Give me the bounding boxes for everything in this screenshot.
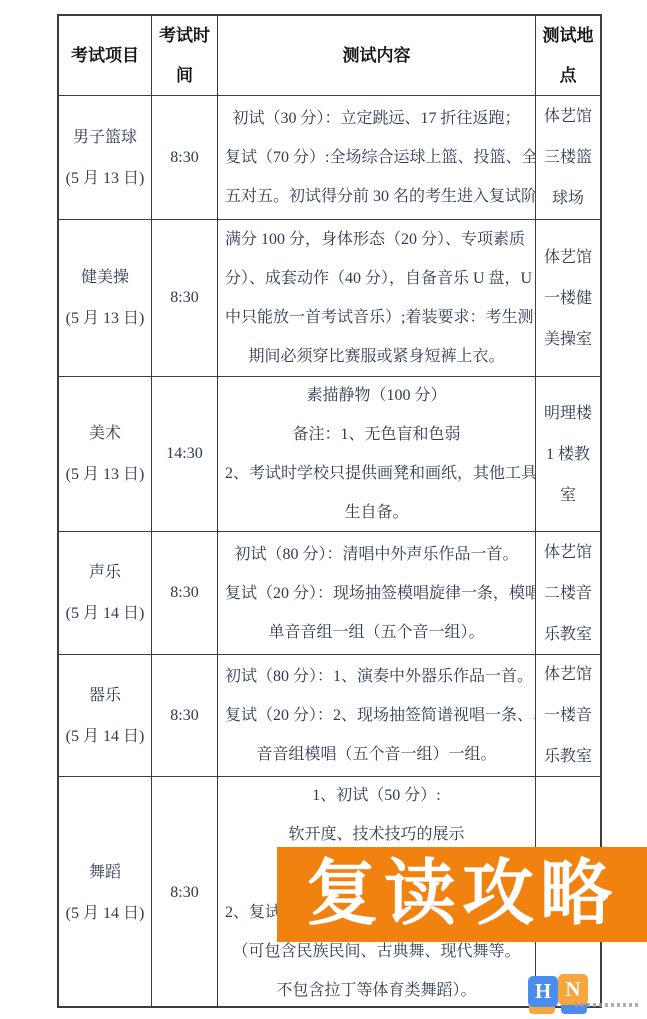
test-content-line: 备注：1、无色盲和色弱	[218, 415, 535, 454]
test-content-line: 复试（20 分）：2、现场抽签简谱视唱一条、单	[218, 696, 535, 735]
exam-item-text: (5 月 14 日)	[59, 593, 151, 634]
test-content-line: 素描静物（100 分）	[218, 377, 535, 415]
test-location-text: 一楼健	[536, 278, 600, 319]
test-content-cell: 满分 100 分，身体形态（20 分）、专项素质（40分）、成套动作（40 分）…	[218, 220, 536, 376]
table-row: 器乐(5 月 14 日)8:30初试（80 分）：1、演奏中外器乐作品一首。复试…	[59, 655, 600, 777]
test-content-line: 1、初试（50 分）:	[218, 777, 535, 815]
exam-item-cell: 美术(5 月 13 日)	[59, 377, 152, 531]
exam-time-text: 8:30	[152, 706, 217, 726]
header-test-location: 测试地点	[536, 16, 600, 95]
exam-item-text: 男子篮球	[59, 117, 151, 158]
watermark-text: 复读攻略	[306, 847, 618, 942]
exam-item-cell: 器乐(5 月 14 日)	[59, 655, 152, 776]
test-content-line: 不包含拉丁等体育类舞蹈）。	[218, 971, 535, 1009]
test-location-cell: 体艺馆三楼篮球场	[536, 96, 600, 219]
test-location-text: 体艺馆	[536, 237, 600, 278]
exam-time-cell: 8:30	[152, 777, 218, 1008]
exam-time-text: 8:30	[152, 148, 217, 168]
table-row: 声乐(5 月 14 日)8:30初试（80 分）：清唱中外声乐作品一首。复试（2…	[59, 532, 600, 655]
exam-item-cell: 舞蹈(5 月 14 日)	[59, 777, 152, 1008]
exam-item-cell: 声乐(5 月 14 日)	[59, 532, 152, 654]
test-content-line: 音音组模唱（五个音一组）一组。	[218, 735, 535, 774]
test-content-cell: 初试（80 分）：清唱中外声乐作品一首。复试（20 分）：现场抽签模唱旋律一条，…	[218, 532, 536, 654]
test-location-cell: 明理楼1 楼教室	[536, 377, 600, 531]
exam-time-text: 8:30	[152, 583, 217, 603]
exam-item-text: (5 月 13 日)	[59, 298, 151, 339]
test-location-text: 乐教室	[536, 736, 600, 776]
exam-item-text: 声乐	[59, 552, 151, 593]
exam-item-text: (5 月 14 日)	[59, 716, 151, 757]
table-row: 男子篮球(5 月 13 日)8:30初试（30 分）：立定跳远、17 折往返跑；…	[59, 96, 600, 220]
exam-time-cell: 14:30	[152, 377, 218, 531]
exam-time-cell: 8:30	[152, 96, 218, 219]
exam-item-text: (5 月 13 日)	[59, 158, 151, 199]
header-exam-item: 考试项目	[59, 16, 152, 95]
test-location-cell: 体艺馆二楼音乐教室	[536, 532, 600, 654]
test-location-text: 体艺馆	[536, 532, 600, 573]
header-exam-time: 考试时间	[152, 16, 218, 95]
header-test-content: 测试内容	[218, 16, 536, 95]
test-content-line: 初试（80 分）：1、演奏中外器乐作品一首。	[218, 657, 535, 696]
exam-time-text: 8:30	[152, 883, 217, 903]
test-location-cell: 体艺馆一楼健美操室	[536, 220, 600, 376]
exam-item-cell: 男子篮球(5 月 13 日)	[59, 96, 152, 219]
test-location-cell: 体艺馆一楼音乐教室	[536, 655, 600, 776]
test-location-text: 一楼音	[536, 695, 600, 736]
test-content-line: 初试（30 分）：立定跳远、17 折往返跑；	[218, 99, 535, 138]
header-label: 测试内容	[218, 36, 535, 76]
test-content-line: 复试（20 分）：现场抽签模唱旋律一条，模唱	[218, 574, 535, 613]
test-location-text: 体艺馆	[536, 96, 600, 137]
test-location-text: 明理楼	[536, 393, 600, 434]
exam-item-text: 舞蹈	[59, 852, 151, 893]
header-label: 测试地点	[536, 16, 600, 95]
table-header-row: 考试项目 考试时间 测试内容 测试地点	[59, 16, 600, 96]
test-content-line: 中只能放一首考试音乐）;着装要求：考生测试	[218, 298, 535, 337]
test-location-text: 三楼篮	[536, 137, 600, 178]
exam-item-text: (5 月 13 日)	[59, 454, 151, 495]
test-content-line: 初试（80 分）：清唱中外声乐作品一首。	[218, 535, 535, 574]
test-content-cell: 初试（30 分）：立定跳远、17 折往返跑；复试（70 分）:全场综合运球上篮、…	[218, 96, 536, 219]
table-row: 健美操(5 月 13 日)8:30满分 100 分，身体形态（20 分）、专项素…	[59, 220, 600, 377]
logo-letter-n: N	[558, 974, 588, 1005]
exam-item-text: (5 月 14 日)	[59, 893, 151, 934]
fine-print-illegible	[575, 1003, 639, 1007]
document-page: { "table": { "headers": [ {"label": "考试项…	[0, 0, 647, 1019]
header-label: 考试时间	[152, 16, 217, 95]
exam-time-text: 8:30	[152, 288, 217, 308]
test-location-text: 二楼音	[536, 573, 600, 614]
test-content-cell: 初试（80 分）：1、演奏中外器乐作品一首。复试（20 分）：2、现场抽签简谱视…	[218, 655, 536, 776]
test-location-text: 球场	[536, 178, 600, 219]
test-content-line: 期间必须穿比赛服或紧身短裤上衣。	[218, 337, 535, 376]
test-content-line: 复试（70 分）:全场综合运球上篮、投篮、全场	[218, 138, 535, 177]
test-content-line: 满分 100 分，身体形态（20 分）、专项素质（40	[218, 220, 535, 259]
test-location-text: 乐教室	[536, 614, 600, 655]
exam-time-cell: 8:30	[152, 655, 218, 776]
logo-letter-h: H	[528, 976, 558, 1007]
test-content-cell: 素描静物（100 分）备注：1、无色盲和色弱2、考试时学校只提供画凳和画纸，其他…	[218, 377, 536, 531]
exam-item-text: 健美操	[59, 257, 151, 298]
exam-item-text: 美术	[59, 413, 151, 454]
test-location-text: 美操室	[536, 319, 600, 360]
exam-time-cell: 8:30	[152, 220, 218, 376]
exam-item-cell: 健美操(5 月 13 日)	[59, 220, 152, 376]
exam-time-text: 14:30	[152, 444, 217, 464]
test-content-line: 分）、成套动作（40 分），自备音乐 U 盘，U 盘	[218, 259, 535, 298]
test-content-line: 生自备。	[218, 493, 535, 531]
test-location-text: 1 楼教	[536, 434, 600, 475]
test-content-line: 五对五。初试得分前 30 名的考生进入复试阶段。	[218, 177, 535, 216]
table-row: 美术(5 月 13 日)14:30素描静物（100 分）备注：1、无色盲和色弱2…	[59, 377, 600, 532]
hn-logo: H N	[527, 973, 591, 1015]
test-location-text: 体艺馆	[536, 655, 600, 695]
header-label: 考试项目	[59, 36, 151, 76]
test-content-line: 单音音组一组（五个音一组）。	[218, 613, 535, 652]
watermark-banner: 复读攻略	[277, 847, 647, 942]
test-location-text: 室	[536, 475, 600, 516]
exam-time-cell: 8:30	[152, 532, 218, 654]
test-content-line: 2、考试时学校只提供画凳和画纸，其他工具学	[218, 454, 535, 493]
exam-item-text: 器乐	[59, 675, 151, 716]
